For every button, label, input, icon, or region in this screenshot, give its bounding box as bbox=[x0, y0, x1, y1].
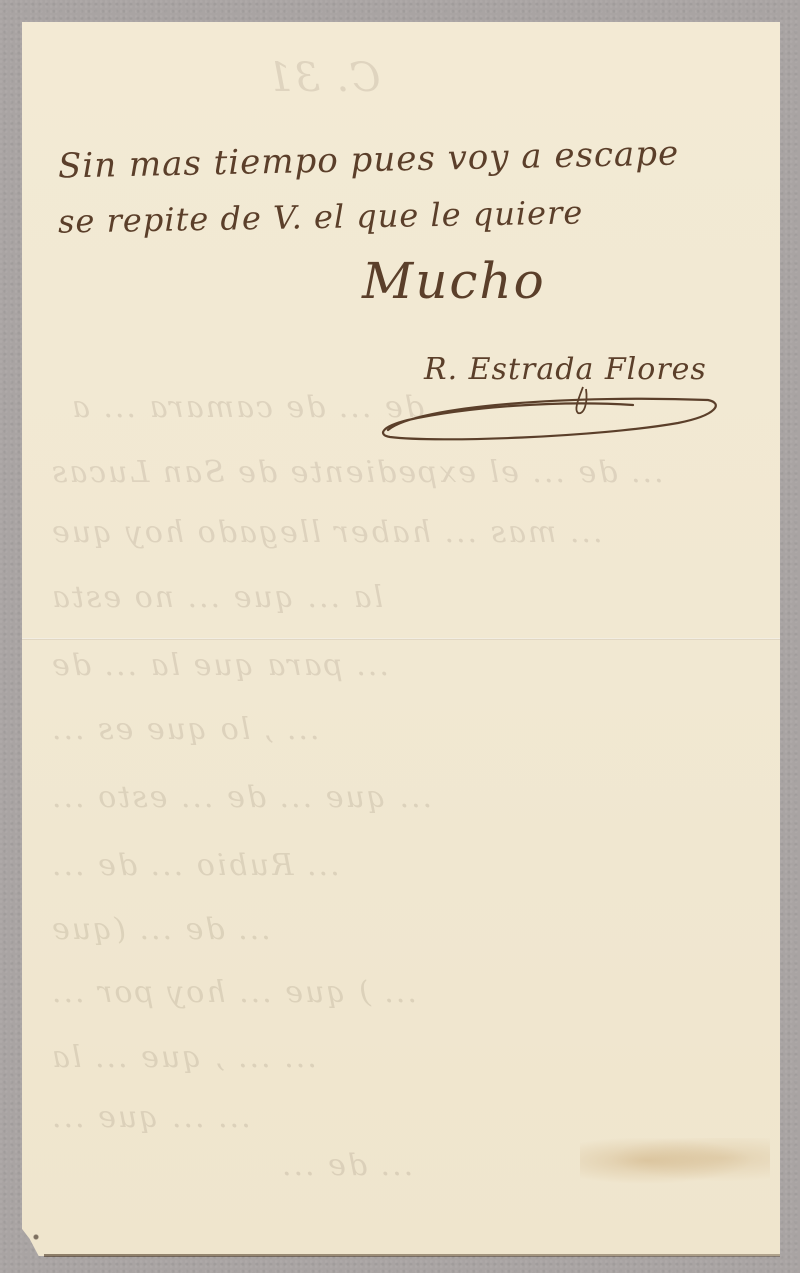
bleed-line: ... ... que ... bbox=[50, 1100, 251, 1135]
letter-closing: Mucho bbox=[362, 252, 546, 310]
paper-bottom-edge bbox=[44, 1254, 780, 1257]
signature: R. Estrada Flores bbox=[424, 352, 707, 387]
bleed-line: la ... que ... no esta bbox=[50, 580, 383, 615]
bleed-line: ... para que la ... de bbox=[50, 648, 389, 683]
torn-corner bbox=[28, 1225, 48, 1255]
bleed-line: de ... de camara ... a bbox=[70, 390, 424, 425]
bleed-line: ... ) que ... hoy por ... bbox=[50, 975, 417, 1010]
bleed-line: ... de ... el expediente de San Lucas bbox=[50, 455, 664, 490]
bleed-mark-top: C. 31 bbox=[265, 55, 381, 101]
signature-flourish-icon bbox=[378, 385, 723, 445]
bleed-line: ... , lo que es ... bbox=[50, 712, 320, 747]
bleed-line: ... que ... de ... esto ... bbox=[50, 780, 432, 815]
bleed-line: ... de ... bbox=[280, 1148, 413, 1183]
paper-stain bbox=[580, 1138, 770, 1188]
bleed-line: ... ... , que ... la bbox=[50, 1040, 317, 1075]
bleed-line: ... de ... (que bbox=[50, 912, 271, 947]
paper-fold-line bbox=[22, 638, 780, 640]
bleed-line: ... mas ... haber llegado hoy que bbox=[50, 515, 603, 550]
bleed-line: ... Rubio ... de ... bbox=[50, 848, 340, 883]
